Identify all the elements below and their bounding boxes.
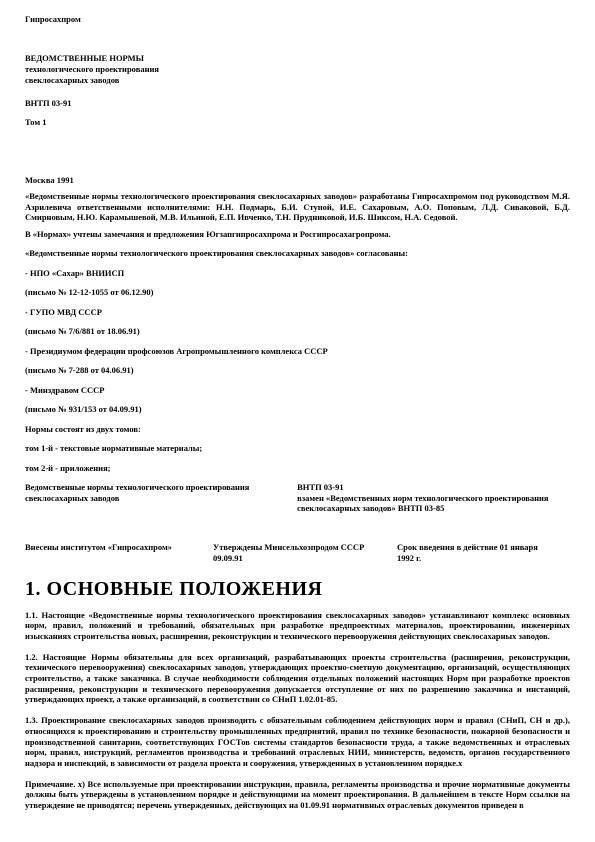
volume-item: том 2-й - приложения; <box>25 463 570 474</box>
header-table-submitted: Внесены институтом «Гипросахпром» <box>25 542 205 563</box>
agreement-letter: (письмо № 7-288 от 04.06.91) <box>25 365 570 376</box>
agreement-letter: (письмо № 7/6/881 от 18.06.91) <box>25 326 570 337</box>
document-title-line-3: свеклосахарных заводов <box>25 75 570 86</box>
header-table-approved: Утверждены Минсельхозпродом СССР 09.09.9… <box>213 542 385 563</box>
paragraph-note: Примечание. х) Все используемые при прое… <box>25 779 570 811</box>
document-code: ВНТП 03-91 <box>25 98 570 109</box>
document-title-line-2: технологического проектирования <box>25 64 570 75</box>
document-title: ВЕДОМСТВЕННЫЕ НОРМЫ технологического про… <box>25 53 570 86</box>
paragraph-1-2: 1.2. Настоящие Нормы обязательны для все… <box>25 652 570 706</box>
header-table-code-cell: ВНТП 03-91 взамен «Ведомственных норм те… <box>297 482 570 514</box>
credits-paragraph: «Ведомственные нормы технологического пр… <box>25 191 570 223</box>
agreement-letter: (письмо № 12-12-1055 от 06.12.90) <box>25 287 570 298</box>
agreed-intro-paragraph: «Ведомственные нормы технологического пр… <box>25 248 570 259</box>
remarks-paragraph: В «Нормах» учтены замечания и предложени… <box>25 229 570 240</box>
header-table-row-1: Ведомственные нормы технологического про… <box>25 482 570 514</box>
volume-item: том 1-й - текстовые нормативные материал… <box>25 443 570 454</box>
document-page: Гипросахпром ВЕДОМСТВЕННЫЕ НОРМЫ техноло… <box>0 0 595 842</box>
agreement-org: - Президиумом федерации профсоюзов Агроп… <box>25 346 570 357</box>
header-table-code: ВНТП 03-91 <box>297 482 570 493</box>
volume-label: Том 1 <box>25 117 570 128</box>
paragraph-1-3: 1.3. Проектирование свеклосахарных завод… <box>25 715 570 769</box>
header-table-effective: Срок введения в действие 01 января 1992 … <box>397 542 547 563</box>
volumes-intro: Нормы состоят из двух томов: <box>25 424 570 435</box>
agreement-org: - ГУПО МВД СССР <box>25 307 570 318</box>
agreement-org: - Минздравом СССР <box>25 385 570 396</box>
agreement-org: - НПО «Сахар» ВНИИСП <box>25 268 570 279</box>
header-table-row-2: Внесены институтом «Гипросахпром» Утверж… <box>25 542 570 563</box>
organization-name: Гипросахпром <box>25 14 570 25</box>
document-title-line-1: ВЕДОМСТВЕННЫЕ НОРМЫ <box>25 53 570 64</box>
imprint-city-year: Москва 1991 <box>25 175 570 186</box>
section-1-heading: 1. ОСНОВНЫЕ ПОЛОЖЕНИЯ <box>25 578 570 600</box>
agreement-letter: (письмо № 931/153 от 04.09.91) <box>25 404 570 415</box>
header-table-document-name: Ведомственные нормы технологического про… <box>25 482 285 514</box>
header-table-replaces: взамен «Ведомственных норм технологическ… <box>297 493 570 514</box>
paragraph-1-1: 1.1. Настоящие «Ведомственные нормы техн… <box>25 610 570 642</box>
